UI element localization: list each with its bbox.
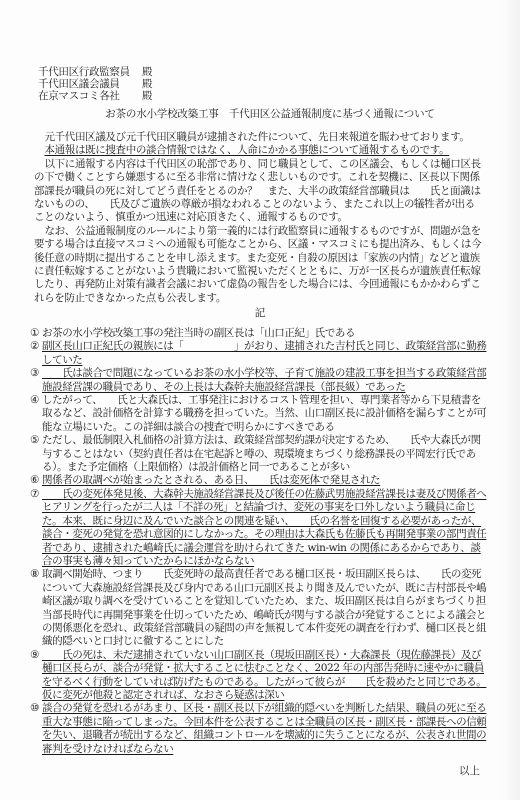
list-item: ⑤ ただし、最低制限入札価格の計算方法は、政策経営部契約課が決定するため、 氏や… (30, 434, 488, 474)
list-item: ⑩ 談合の発覚を恐れるがあまり、区長・副区長以下が組織的隠ぺいを判断した結果、職… (30, 702, 488, 756)
addressee-row: 千代田区議会議員 殿 (38, 78, 153, 90)
list-item: ⑧ 取調べ開始時、つまり 氏変死時の最高責任者である樋口区長・坂田副区長らは、 … (30, 568, 488, 648)
addressee-name: 千代田区議会議員 (38, 78, 142, 90)
addressee-row: 在京マスコミ各社 殿 (38, 90, 153, 102)
list-item: ③ 氏は談合で問題になっているお茶の水小学校等、子育て施設の建設工事を担当する政… (30, 367, 488, 394)
item-text: 談合の発覚を恐れるがあまり、区長・副区長以下が組織的隠ぺいを判断した結果、職員の… (42, 702, 488, 756)
paragraph-underlined: 本通報は既に捜査中の談合情報ではなく、人命にかかる事態について通報するものです。 (34, 144, 484, 157)
ki-heading: 記 (0, 305, 520, 320)
paragraph: 以下に通報する内容は千代田区の恥部であり、同じ職員として、この区議会、もしくは樋… (34, 158, 484, 225)
list-item: ⑥ 関係者の取調べが始まったとされる、ある日、 氏は変死体で発見された (30, 474, 488, 487)
addressee-honorific: 殿 (142, 66, 153, 78)
item-number: ⑥ (30, 474, 42, 487)
list-item: ⑦ 氏の変死体発見後、大森幹夫施設経営課長及び後任の佐藤武男施設経営課長は妻及び… (30, 488, 488, 568)
item-number: ③ (30, 367, 42, 394)
scan-edge-shadow (502, 0, 520, 800)
item-list: ① お茶の水小学校改築工事の発注当時の副区長は「山口正紀」氏である ② 副区長山… (30, 327, 488, 756)
item-text: お茶の水小学校改築工事の発注当時の副区長は「山口正紀」氏である (42, 327, 488, 340)
item-text: したがって、 氏と大森氏は、工事発注におけるコスト管理を担い、専門業者等から下見… (42, 394, 488, 434)
list-item: ① お茶の水小学校改築工事の発注当時の副区長は「山口正紀」氏である (30, 327, 488, 340)
item-number: ⑦ (30, 488, 42, 568)
item-text: 関係者の取調べが始まったとされる、ある日、 氏は変死体で発見された (42, 474, 488, 487)
list-item: ⑨ 氏の死は、未だ逮捕されていない山口副区長（現坂田副区長）・大森課長（現佐藤課… (30, 649, 488, 703)
item-number: ① (30, 327, 42, 340)
item-number: ⑨ (30, 649, 42, 703)
addressee-honorific: 殿 (142, 90, 153, 102)
closing-mark: 以上 (459, 763, 480, 778)
item-number: ② (30, 340, 42, 367)
item-text: 氏の死は、未だ逮捕されていない山口副区長（現坂田副区長）・大森課長（現佐藤課長）… (42, 649, 488, 703)
addressee-name: 在京マスコミ各社 (38, 90, 142, 102)
list-item: ② 副区長山口正紀氏の親族には「 」がおり、逮捕された吉村氏と同じ、政策経営部に… (30, 340, 488, 367)
addressee-honorific: 殿 (142, 78, 153, 90)
item-text: 副区長山口正紀氏の親族には「 」がおり、逮捕された吉村氏と同じ、政策経営部に勤務… (42, 340, 488, 367)
document-page: 千代田区行政監察員 殿 千代田区議会議員 殿 在京マスコミ各社 殿 お茶の水小学… (0, 0, 520, 800)
item-number: ⑧ (30, 568, 42, 648)
addressee-row: 千代田区行政監察員 殿 (38, 66, 153, 78)
addressee-block: 千代田区行政監察員 殿 千代田区議会議員 殿 在京マスコミ各社 殿 (38, 66, 153, 102)
document-title: お茶の水小学校改築工事 千代田区公益通報制度に基づく通報について (0, 106, 520, 121)
paragraph: 元千代田区議及び元千代田区職員が逮捕された件について、先日来報道を賑わせておりま… (34, 131, 484, 144)
item-text: 氏の変死体発見後、大森幹夫施設経営課長及び後任の佐藤武男施設経営課長は妻及び関係… (42, 488, 488, 568)
item-text: 氏は談合で問題になっているお茶の水小学校等、子育て施設の建設工事を担当する政策経… (42, 367, 488, 394)
body-text: 元千代田区議及び元千代田区職員が逮捕された件について、先日来報道を賑わせておりま… (34, 131, 484, 305)
item-number: ⑩ (30, 702, 42, 756)
addressee-name: 千代田区行政監察員 (38, 66, 142, 78)
item-text: ただし、最低制限入札価格の計算方法は、政策経営部契約課が決定するため、 氏や大森… (42, 434, 488, 474)
paragraph: なお、公益通報制度のルールにより第一義的には行政監察員に通報するものですが、問題… (34, 225, 484, 305)
item-number: ⑤ (30, 434, 42, 474)
list-item: ④ したがって、 氏と大森氏は、工事発注におけるコスト管理を担い、専門業者等から… (30, 394, 488, 434)
item-number: ④ (30, 394, 42, 434)
item-text: 取調べ開始時、つまり 氏変死時の最高責任者である樋口区長・坂田副区長らは、 氏の… (42, 568, 488, 648)
